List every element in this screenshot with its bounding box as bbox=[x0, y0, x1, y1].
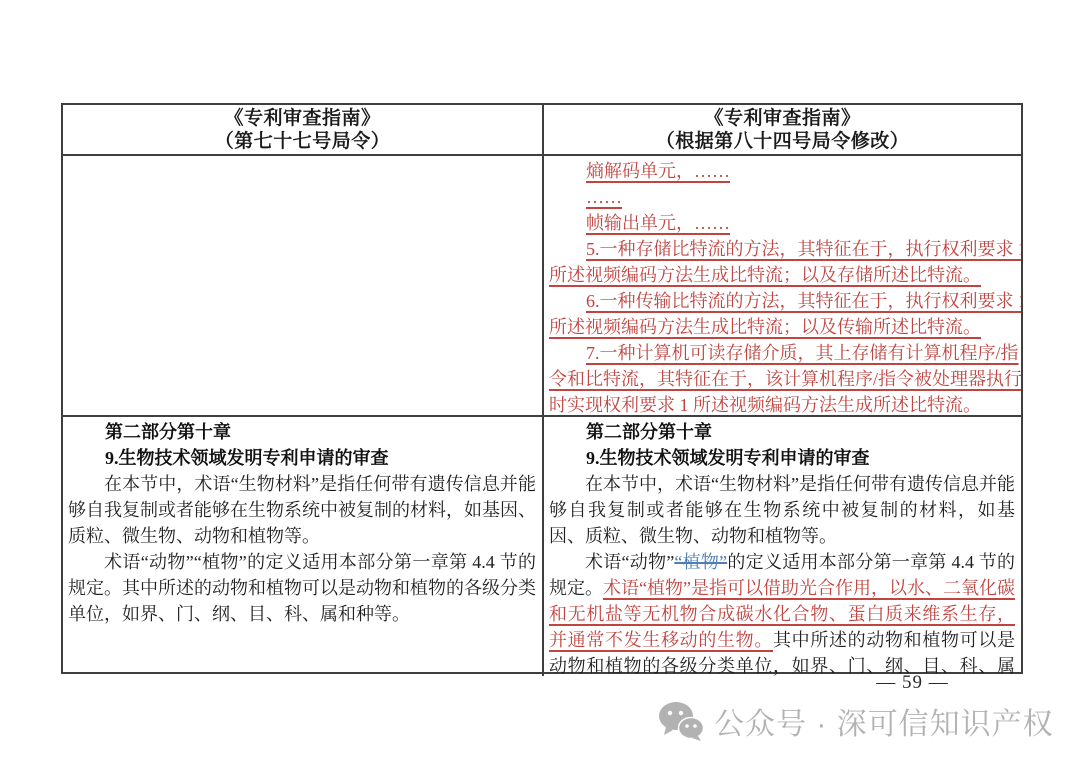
revision-line: 7.一种计算机可读存储介质，其上存储有计算机程序/指 bbox=[549, 340, 1015, 366]
inserted-text: 所述视频编码方法生成比特流；以及传输所述比特流。 bbox=[549, 317, 981, 337]
document-page: 《专利审查指南》 （第七十七号局令） 《专利审查指南》 （根据第八十四号局令修改… bbox=[0, 0, 1080, 764]
watermark: 公众号 · 深可信知识产权 bbox=[658, 698, 1054, 744]
unchanged-text: 术语“动物” bbox=[585, 552, 674, 572]
old-version-row1-cell bbox=[63, 154, 542, 415]
section-heading-number: 9.生物技术领域发明专利申请的审查 bbox=[549, 445, 1015, 471]
revision-line: 所述视频编码方法生成比特流；以及传输所述比特流。 bbox=[549, 314, 1015, 340]
wechat-icon bbox=[658, 701, 704, 741]
section-heading-part: 第二部分第十章 bbox=[68, 419, 536, 445]
revision-line: 所述视频编码方法生成比特流；以及存储所述比特流。 bbox=[549, 262, 1015, 288]
deleted-text: “植物” bbox=[674, 552, 727, 572]
revision-line: 时实现权利要求 1 所述视频编码方法生成所述比特流。 bbox=[549, 392, 1015, 415]
revision-line: 5.一种存储比特流的方法，其特征在于，执行权利要求 1 bbox=[549, 236, 1015, 262]
revision-line: …… bbox=[549, 184, 1015, 210]
revision-line: 6.一种传输比特流的方法，其特征在于，执行权利要求 1 bbox=[549, 288, 1015, 314]
inserted-text: 熵解码单元，…… bbox=[586, 161, 730, 181]
new-version-row2-cell: 第二部分第十章 9.生物技术领域发明专利申请的审查 在本节中，术语“生物材料”是… bbox=[542, 415, 1021, 676]
section-heading-number: 9.生物技术领域发明专利申请的审查 bbox=[68, 445, 536, 471]
inserted-text: 时实现权利要求 1 所述视频编码方法生成所述比特流。 bbox=[549, 395, 981, 415]
inserted-text: 所述视频编码方法生成比特流；以及存储所述比特流。 bbox=[549, 265, 981, 285]
new-version-row1-cell: 熵解码单元，…………帧输出单元，……5.一种存储比特流的方法，其特征在于，执行权… bbox=[542, 154, 1021, 415]
body-paragraph: 在本节中，术语“生物材料”是指任何带有遗传信息并能够自我复制或者能够在生物系统中… bbox=[68, 471, 536, 549]
revision-line: 熵解码单元，…… bbox=[549, 158, 1015, 184]
header-new-subtitle: （根据第八十四号局令修改） bbox=[656, 130, 910, 153]
inserted-text: 令和比特流，其特征在于，该计算机程序/指令被处理器执行 bbox=[549, 369, 1021, 389]
body-paragraph: 术语“动物”“植物”的定义适用本部分第一章第 4.4 节的规定。其中所述的动物和… bbox=[68, 549, 536, 627]
revision-line: 令和比特流，其特征在于，该计算机程序/指令被处理器执行 bbox=[549, 366, 1015, 392]
inserted-text: 6.一种传输比特流的方法，其特征在于，执行权利要求 1 bbox=[586, 291, 1021, 311]
header-new-title: 《专利审查指南》 bbox=[704, 107, 860, 130]
page-number: — 59 — bbox=[855, 672, 970, 694]
header-old-subtitle: （第七十七号局令） bbox=[215, 130, 391, 153]
body-paragraph-with-revisions: 术语“动物”“植物”的定义适用本部分第一章第 4.4 节的规定。术语“植物”是指… bbox=[549, 549, 1015, 676]
old-version-row2-cell: 第二部分第十章 9.生物技术领域发明专利申请的审查 在本节中，术语“生物材料”是… bbox=[63, 415, 542, 676]
header-old-version: 《专利审查指南》 （第七十七号局令） bbox=[63, 105, 542, 154]
revision-line: 帧输出单元，…… bbox=[549, 210, 1015, 236]
header-old-title: 《专利审查指南》 bbox=[224, 107, 380, 130]
body-paragraph: 在本节中，术语“生物材料”是指任何带有遗传信息并能够自我复制或者能够在生物系统中… bbox=[549, 471, 1015, 549]
inserted-text: 7.一种计算机可读存储介质，其上存储有计算机程序/指 bbox=[586, 343, 1019, 363]
inserted-text: 5.一种存储比特流的方法，其特征在于，执行权利要求 1 bbox=[586, 239, 1021, 259]
header-new-version: 《专利审查指南》 （根据第八十四号局令修改） bbox=[542, 105, 1021, 154]
inserted-text: …… bbox=[586, 187, 622, 207]
inserted-text: 帧输出单元，…… bbox=[586, 213, 730, 233]
section-heading-part: 第二部分第十章 bbox=[549, 419, 1015, 445]
watermark-text: 公众号 · 深可信知识产权 bbox=[714, 699, 1054, 743]
comparison-table: 《专利审查指南》 （第七十七号局令） 《专利审查指南》 （根据第八十四号局令修改… bbox=[61, 103, 1023, 674]
